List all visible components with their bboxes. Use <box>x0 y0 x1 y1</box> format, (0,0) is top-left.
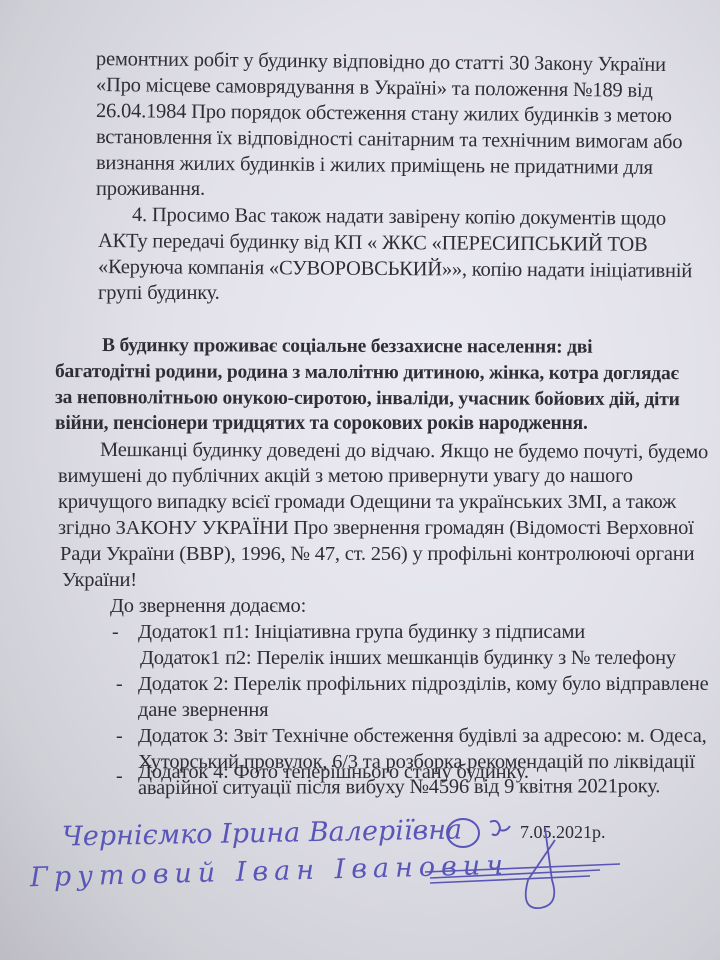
signature-loop-icon <box>447 819 479 847</box>
handwritten-signature-marks <box>0 0 720 960</box>
scanned-letter-page: ремонтних робіт у будинку відповідно до … <box>0 0 720 960</box>
